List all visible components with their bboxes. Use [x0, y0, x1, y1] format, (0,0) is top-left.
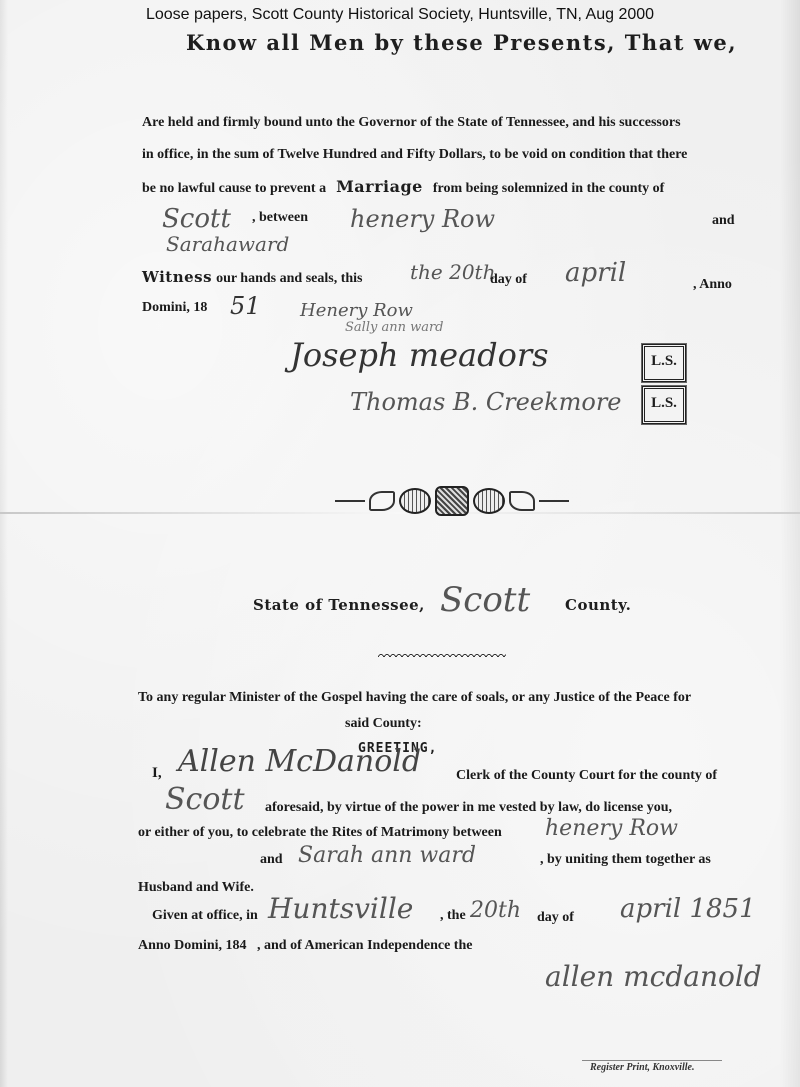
bond-line-3: be no lawful cause to prevent a Marriage… [142, 177, 664, 197]
given-label: Given at office, in [152, 908, 258, 924]
bond-month-handwritten: april [565, 258, 626, 288]
husband-wife: Husband and Wife. [138, 880, 254, 896]
bond-year-handwritten: 51 [230, 292, 261, 320]
license-county-label: County. [565, 596, 631, 614]
bond-line-3-pre: be no lawful cause to prevent a [142, 181, 326, 196]
clerk-signature: allen mcdanold [545, 960, 762, 993]
anno-label: , Anno [693, 277, 732, 293]
license-and-label: and [260, 852, 283, 868]
i-label: I, [152, 765, 162, 782]
license-county-handwritten: Scott [440, 580, 530, 620]
witness-line: Witness our hands and seals, this [142, 268, 362, 287]
license-state-label: State of Tennessee, [253, 596, 425, 614]
clerk-text: Clerk of the County Court for the county… [456, 768, 717, 784]
bond-line-2: in office, in the sum of Twelve Hundred … [142, 147, 687, 163]
groom-name-handwritten: henery Row [350, 205, 495, 233]
address-line-1: To any regular Minister of the Gospel ha… [138, 690, 691, 706]
bond-day-of-label: day of [490, 272, 527, 288]
wavy-rule-icon [378, 651, 506, 657]
license-bride-handwritten: Sarah ann ward [298, 843, 476, 868]
month-year-handwritten: april 1851 [620, 894, 756, 924]
bride-name-handwritten: Sarahaward [166, 232, 289, 256]
and-label: and [712, 213, 735, 229]
seal-ls-1: L.S. [642, 344, 686, 382]
address-line-2: said County: [345, 716, 422, 732]
anno-domini-line: Anno Domini, 184 , and of American Indep… [138, 938, 472, 954]
license-day-of-label: day of [537, 910, 574, 926]
signature-thomas-creekmore: Thomas B. Creekmore [350, 388, 622, 416]
bond-day-handwritten: the 20th [410, 260, 495, 284]
aforesaid-text: aforesaid, by virtue of the power in me … [265, 800, 672, 816]
license-groom-handwritten: henery Row [545, 816, 678, 841]
domini-label: Domini, 18 [142, 300, 207, 316]
printer-rule [582, 1060, 722, 1061]
signature-sally-ann-ward: Sally ann ward [345, 320, 444, 335]
seal-ls-2: L.S. [642, 386, 686, 424]
witness-text: our hands and seals, this [216, 271, 362, 286]
clerk-name-handwritten: Allen McDanold [178, 744, 421, 779]
archive-caption: Loose papers, Scott County Historical So… [0, 6, 800, 24]
either-text: or either of you, to celebrate the Rites… [138, 825, 502, 841]
printer-imprint: Register Print, Knoxville. [590, 1062, 694, 1073]
the-label: , the [440, 908, 466, 924]
between-label: , between [252, 210, 308, 226]
uniting-text: , by uniting them together as [540, 852, 711, 868]
bond-county-handwritten: Scott [162, 204, 231, 234]
place-handwritten: Huntsville [268, 892, 413, 925]
license-day-handwritten: 20th [470, 898, 521, 923]
marriage-word: Marriage [336, 177, 423, 196]
bond-heading: Know all Men by these Presents, That we, [186, 30, 737, 55]
decorative-divider-icon [312, 486, 592, 516]
license-county2-handwritten: Scott [165, 782, 245, 817]
signature-henery-row: Henery Row [300, 300, 413, 321]
signature-joseph-meadors: Joseph meadors [290, 336, 549, 374]
witness-word: Witness [142, 268, 212, 286]
bond-line-3-post: from being solemnized in the county of [433, 181, 665, 196]
bond-line-1: Are held and firmly bound unto the Gover… [142, 115, 681, 131]
